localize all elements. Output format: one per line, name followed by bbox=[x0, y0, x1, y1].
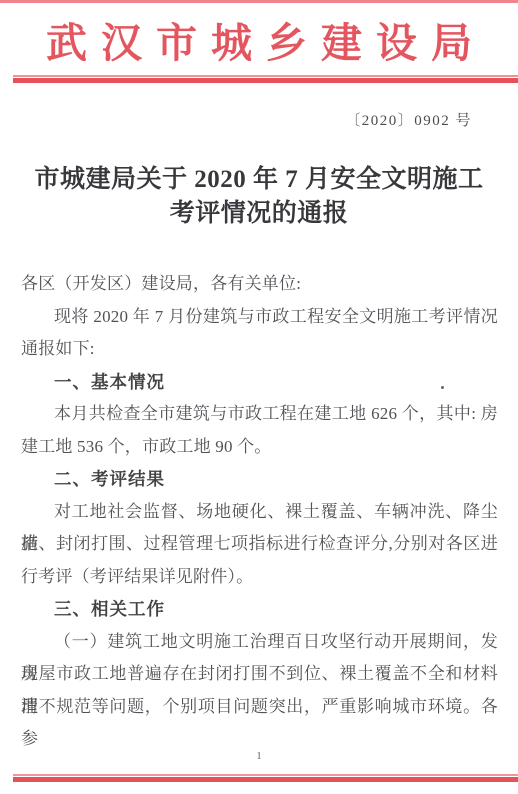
section-heading-3: 三、相关工作 bbox=[21, 593, 498, 626]
document-title-line-1: 市城建局关于 2020 年 7 月安全文明施工 bbox=[0, 163, 518, 197]
body-line: 现将 2020 年 7 月份建筑与市政工程安全文明施工考评情况 bbox=[21, 301, 498, 334]
body-line: 建工地 536 个，市政工地 90 个。 bbox=[21, 431, 498, 464]
footer-double-rule bbox=[13, 774, 518, 783]
document-body: 各区（开发区）建设局，各有关单位: 现将 2020 年 7 月份建筑与市政工程安… bbox=[21, 268, 498, 723]
scan-speck bbox=[441, 386, 444, 389]
header-double-rule bbox=[13, 75, 518, 83]
body-line: 通报如下: bbox=[21, 333, 498, 366]
footer-rule-thick-line bbox=[13, 777, 518, 782]
body-line: （一）建筑工地文明施工治理百日攻坚行动开展期间，发现 bbox=[21, 626, 498, 659]
header-rule-thick-line bbox=[13, 78, 518, 83]
body-line: 本月共检查全市建筑与市政工程在建工地 626 个，其中: 房 bbox=[21, 398, 498, 431]
page-number: 1 bbox=[0, 749, 518, 763]
body-line: 行考评（考评结果详见附件）。 bbox=[21, 561, 498, 594]
scan-top-edge-stripe bbox=[0, 0, 518, 3]
section-heading-1: 一、基本情况 bbox=[21, 366, 498, 399]
body-line: 理不规范等问题，个别项目问题突出，严重影响城市环境。各参 bbox=[21, 691, 498, 724]
body-line: 房屋市政工地普遍存在封闭打围不到位、裸土覆盖不全和材料清 bbox=[21, 658, 498, 691]
document-title-line-2: 考评情况的通报 bbox=[0, 197, 518, 231]
agency-name: 武汉市城乡建设局 bbox=[0, 16, 518, 70]
document-number: 〔2020〕0902 号 bbox=[0, 110, 472, 132]
document-page: 武汉市城乡建设局 〔2020〕0902 号 市城建局关于 2020 年 7 月安… bbox=[0, 0, 518, 794]
section-heading-2: 二、考评结果 bbox=[21, 463, 498, 496]
document-title: 市城建局关于 2020 年 7 月安全文明施工 考评情况的通报 bbox=[0, 163, 518, 231]
salutation-line: 各区（开发区）建设局，各有关单位: bbox=[21, 268, 498, 301]
body-line: 施、封闭打围、过程管理七项指标进行检查评分,分别对各区进 bbox=[21, 528, 498, 561]
body-line: 对工地社会监督、场地硬化、裸土覆盖、车辆冲洗、降尘措 bbox=[21, 496, 498, 529]
